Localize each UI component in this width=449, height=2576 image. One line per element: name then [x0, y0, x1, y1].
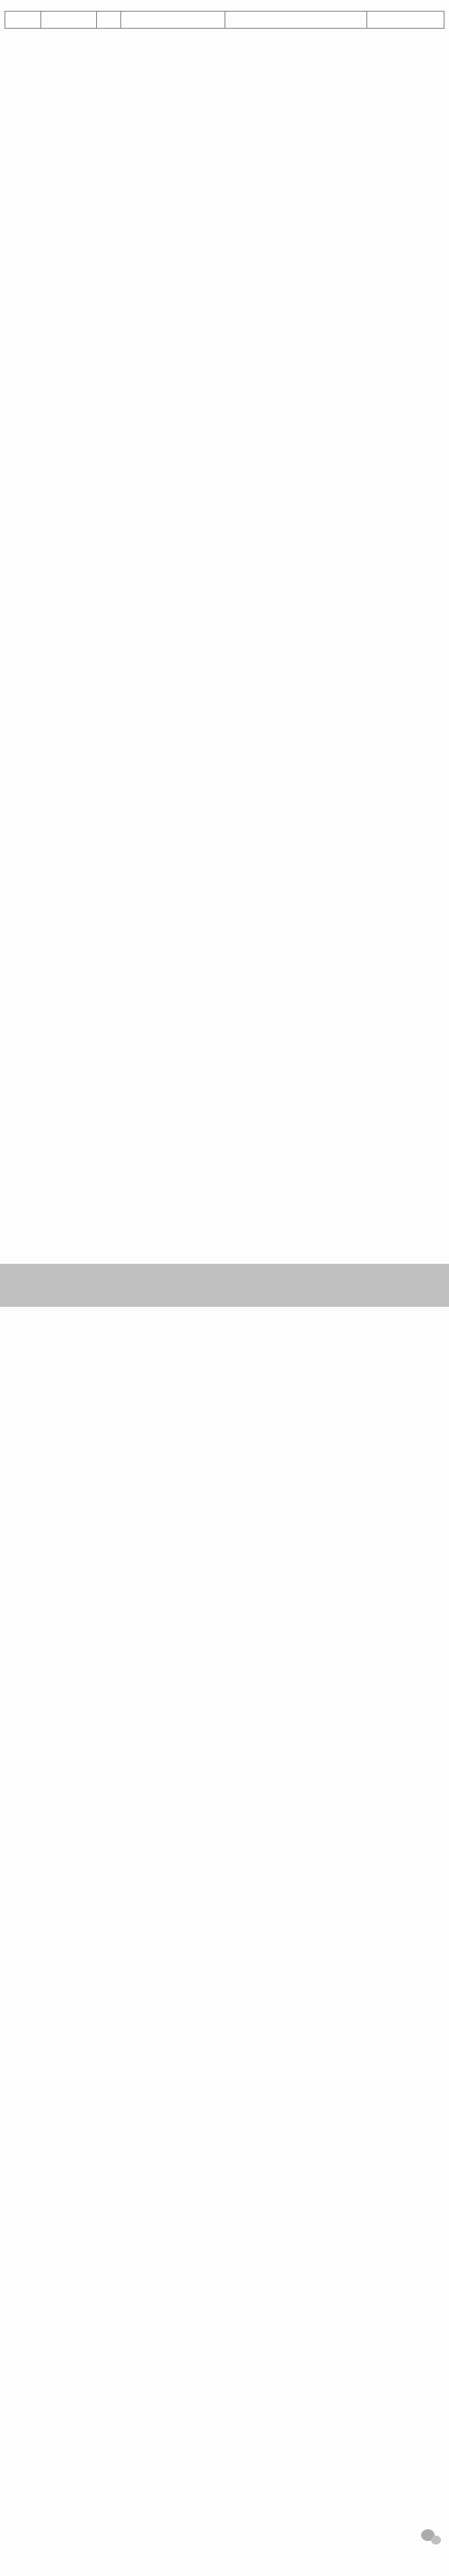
- header-city: [5, 12, 41, 29]
- document-page: [0, 0, 449, 2576]
- header-address: [225, 12, 367, 29]
- table-header: [5, 12, 445, 29]
- header-name: [121, 12, 225, 29]
- news-overlay-band: [0, 1264, 449, 1307]
- header-district: [41, 12, 97, 29]
- table-header-row: [5, 12, 445, 29]
- wechat-icon: [421, 2529, 441, 2545]
- header-no: [97, 12, 121, 29]
- watermark: [421, 2529, 445, 2545]
- header-phone: [367, 12, 445, 29]
- store-table: [4, 11, 445, 29]
